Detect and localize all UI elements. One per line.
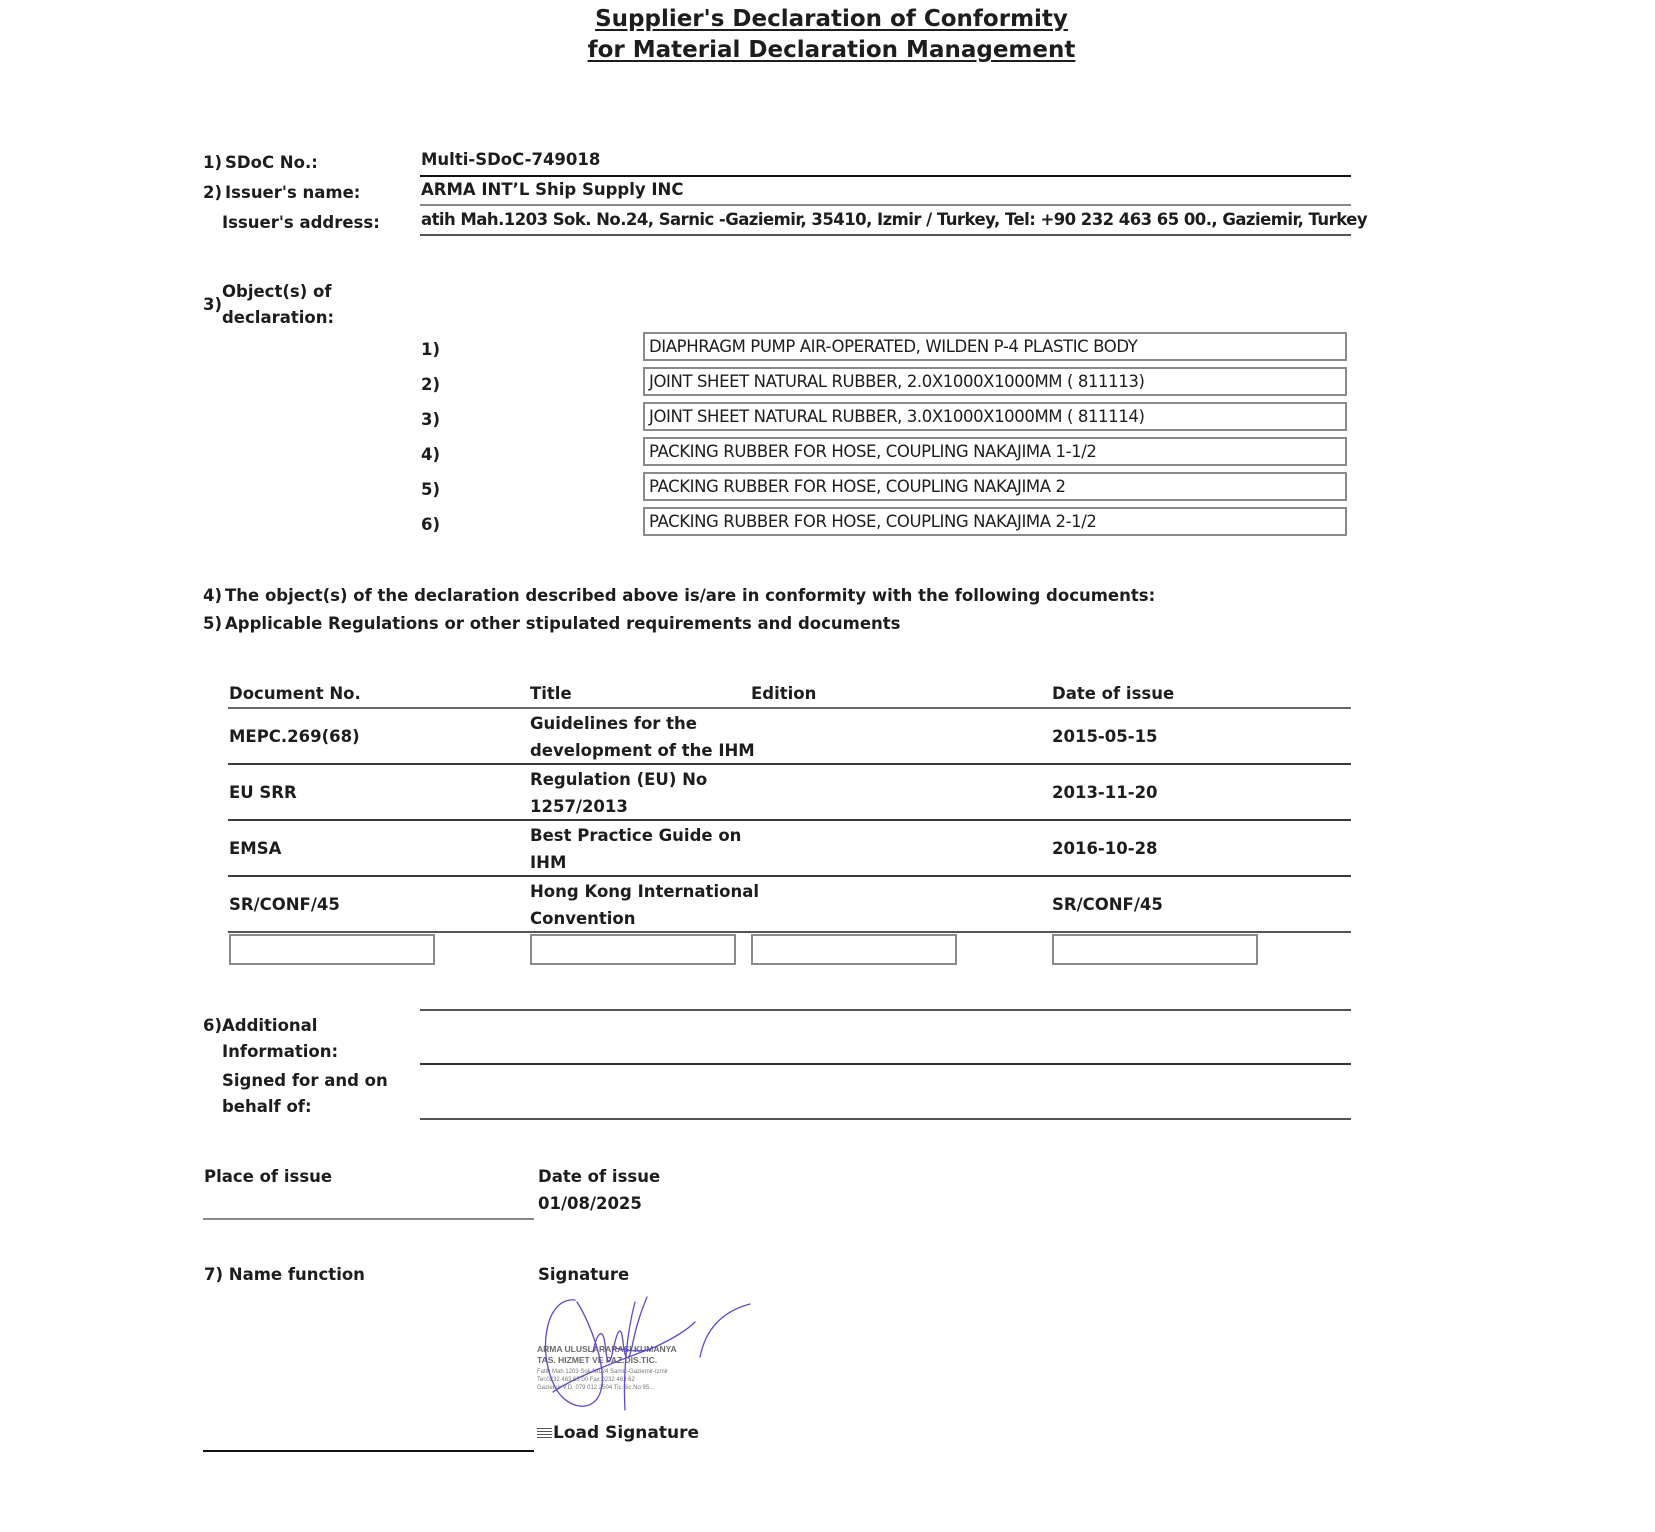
additional-label-line1: Additional xyxy=(222,1013,317,1039)
cell-title: Best Practice Guide onIHM xyxy=(530,822,741,876)
issuer-name-underline xyxy=(420,204,1351,206)
col-header-edition: Edition xyxy=(751,684,816,703)
row-divider xyxy=(228,763,1351,765)
additional-label-line2: Information: xyxy=(222,1039,338,1065)
title-line-1: Supplier's Declaration of Conformity xyxy=(595,6,1068,32)
load-signature-label: Load Signature xyxy=(553,1423,699,1443)
title-line-2: for Material Declaration Management xyxy=(588,37,1076,63)
name-function-label: 7) Name function xyxy=(204,1262,365,1288)
statement-regulations: 5)Applicable Regulations or other stipul… xyxy=(203,611,901,637)
row-divider xyxy=(228,819,1351,821)
cell-date: 2015-05-15 xyxy=(1052,723,1158,750)
load-signature-button[interactable]: Load Signature xyxy=(537,1423,699,1443)
sdoc-no-field[interactable]: Multi-SDoC-749018 xyxy=(421,150,600,169)
object-field[interactable]: PACKING RUBBER FOR HOSE, COUPLING NAKAJI… xyxy=(643,437,1347,466)
cell-title: Regulation (EU) No1257/2013 xyxy=(530,766,707,820)
header-divider xyxy=(228,707,1351,709)
lines-icon xyxy=(537,1428,552,1439)
stamp-line: TAS. HIZMET VE PAZ.DIS.TIC. xyxy=(537,1355,657,1365)
document-title: Supplier's Declaration of Conformity for… xyxy=(0,4,1655,66)
cell-title: Guidelines for thedevelopment of the IHM xyxy=(530,710,755,764)
new-edition-input[interactable] xyxy=(751,934,957,965)
object-num: 5) xyxy=(421,480,440,499)
objects-label-line1: Object(s) of xyxy=(222,279,332,305)
object-num: 3) xyxy=(421,410,440,429)
issuer-name-label: 2)Issuer's name: xyxy=(203,180,360,206)
date-of-issue-field[interactable]: 01/08/2025 xyxy=(538,1194,642,1213)
col-header-date: Date of issue xyxy=(1052,684,1174,703)
new-title-input[interactable] xyxy=(530,934,736,965)
issuer-address-field[interactable]: atih Mah.1203 Sok. No.24, Sarnic -Gaziem… xyxy=(421,210,1367,229)
object-num: 6) xyxy=(421,515,440,534)
issuer-address-label: Issuer's address: xyxy=(222,210,380,236)
place-of-issue-label: Place of issue xyxy=(204,1164,332,1190)
date-of-issue-label: Date of issue xyxy=(538,1164,660,1190)
additional-info-field[interactable] xyxy=(421,1030,1351,1060)
issuer-name-field[interactable]: ARMA INT’L Ship Supply INC xyxy=(421,180,683,199)
signature-stamp-graphic: ARMA ULUSLARARASI KUMANYA TAS. HIZMET VE… xyxy=(535,1292,755,1417)
signed-for-label-line1: Signed for and on xyxy=(222,1068,388,1094)
sdoc-no-label: 1)SDoC No.: xyxy=(203,150,318,176)
objects-label-line2: declaration: xyxy=(222,305,334,331)
row-divider xyxy=(228,875,1351,877)
sdoc-no-underline xyxy=(420,175,1351,177)
signature-image: ARMA ULUSLARARASI KUMANYA TAS. HIZMET VE… xyxy=(535,1292,755,1417)
cell-date: 2016-10-28 xyxy=(1052,835,1158,862)
cell-document-no: EMSA xyxy=(229,835,281,862)
cell-date: 2013-11-20 xyxy=(1052,779,1158,806)
object-field[interactable]: DIAPHRAGM PUMP AIR-OPERATED, WILDEN P-4 … xyxy=(643,332,1347,361)
additional-top-line xyxy=(420,1009,1351,1011)
name-function-underline xyxy=(203,1450,534,1452)
col-header-document-no: Document No. xyxy=(229,684,361,703)
signed-for-field[interactable] xyxy=(421,1085,1351,1115)
objects-num: 3) xyxy=(203,292,222,318)
object-num: 2) xyxy=(421,375,440,394)
cell-document-no: SR/CONF/45 xyxy=(229,891,340,918)
object-num: 4) xyxy=(421,445,440,464)
row-divider xyxy=(228,931,1351,933)
place-of-issue-underline xyxy=(203,1218,534,1220)
col-header-title: Title xyxy=(530,684,572,703)
signed-for-underline xyxy=(420,1118,1351,1120)
cell-date: SR/CONF/45 xyxy=(1052,891,1163,918)
new-document-no-input[interactable] xyxy=(229,934,435,965)
cell-document-no: EU SRR xyxy=(229,779,297,806)
cell-document-no: MEPC.269(68) xyxy=(229,723,360,750)
statement-conformity: 4)The object(s) of the declaration descr… xyxy=(203,583,1155,609)
object-field[interactable]: PACKING RUBBER FOR HOSE, COUPLING NAKAJI… xyxy=(643,472,1347,501)
object-field[interactable]: PACKING RUBBER FOR HOSE, COUPLING NAKAJI… xyxy=(643,507,1347,536)
object-field[interactable]: JOINT SHEET NATURAL RUBBER, 3.0X1000X100… xyxy=(643,402,1347,431)
signed-for-label-line2: behalf of: xyxy=(222,1094,312,1120)
issuer-address-underline xyxy=(420,234,1351,236)
additional-num: 6) xyxy=(203,1013,222,1039)
additional-underline xyxy=(420,1063,1351,1065)
object-num: 1) xyxy=(421,340,440,359)
place-of-issue-field[interactable] xyxy=(204,1192,534,1216)
name-function-field[interactable] xyxy=(204,1410,534,1432)
new-date-input[interactable] xyxy=(1052,934,1258,965)
stamp-line: ARMA ULUSLARARASI KUMANYA xyxy=(537,1344,677,1354)
object-field[interactable]: JOINT SHEET NATURAL RUBBER, 2.0X1000X100… xyxy=(643,367,1347,396)
signature-label: Signature xyxy=(538,1262,629,1288)
cell-title: Hong Kong InternationalConvention xyxy=(530,878,759,932)
